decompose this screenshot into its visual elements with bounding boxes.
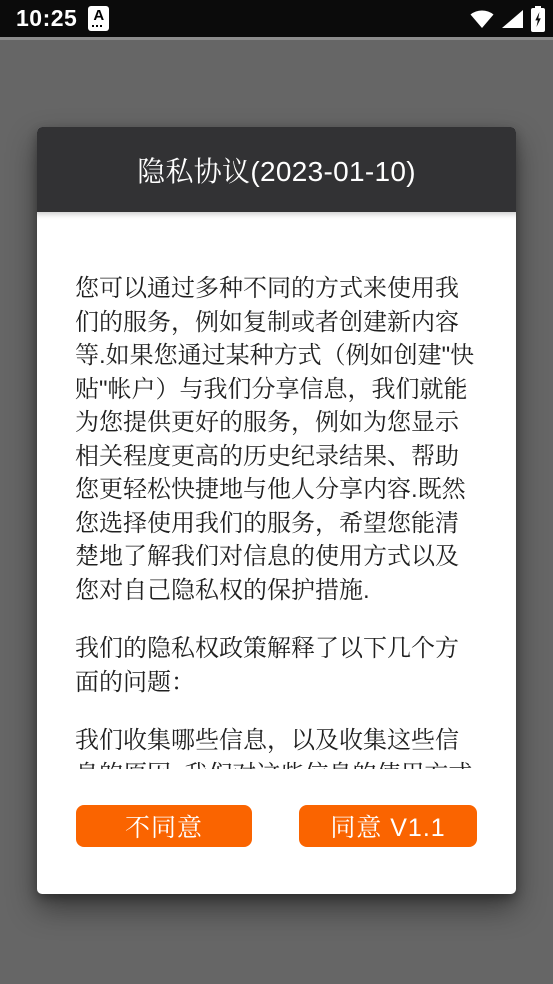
wifi-icon: [470, 9, 494, 28]
privacy-paragraph: 我们收集哪些信息，以及收集这些信 息的原因. 我们对这些信息的使用方式: [75, 724, 478, 769]
status-bar: 10:25 A: [0, 0, 553, 37]
clock: 10:25: [16, 5, 77, 32]
autofill-app-icon: A: [88, 6, 109, 31]
privacy-text[interactable]: 您可以通过多种不同的方式来使用我 们的服务，例如复制或者创建新内容 等.如果您通…: [37, 212, 516, 769]
disagree-button[interactable]: 不同意: [76, 805, 252, 847]
privacy-dialog: 隐私协议(2023-01-10) 您可以通过多种不同的方式来使用我 们的服务，例…: [37, 127, 516, 894]
cellular-signal-icon: [502, 10, 523, 28]
dialog-title: 隐私协议(2023-01-10): [137, 150, 416, 190]
battery-charging-icon: [531, 6, 545, 32]
android-screen: 10:25 A: [0, 0, 553, 984]
status-icons: [470, 6, 545, 32]
privacy-paragraph: 我们的隐私权政策解释了以下几个方 面的问题：: [75, 632, 478, 699]
dialog-header: 隐私协议(2023-01-10): [37, 127, 516, 212]
statusbar-divider: [0, 37, 553, 40]
app-badge-letter: A: [88, 7, 109, 25]
agree-button[interactable]: 同意 V1.1: [299, 805, 477, 847]
dialog-buttons: 不同意 同意 V1.1: [37, 805, 516, 847]
privacy-paragraph: 您可以通过多种不同的方式来使用我 们的服务，例如复制或者创建新内容 等.如果您通…: [75, 272, 478, 607]
